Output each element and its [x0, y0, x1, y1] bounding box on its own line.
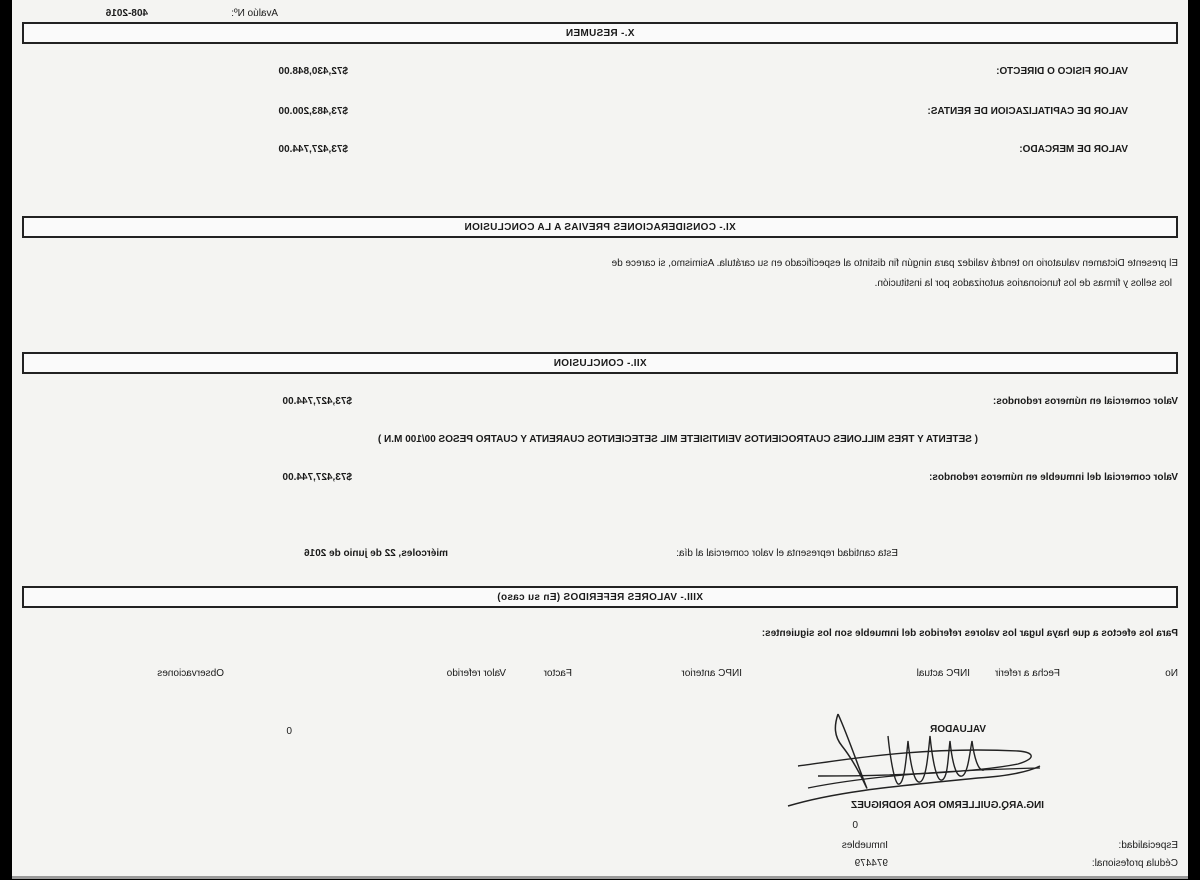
- consideraciones-line-2: los sellos y firmas de los funcionarios …: [612, 274, 1178, 294]
- avaluo-number: 408-2016: [106, 8, 148, 19]
- section-header-valores-referidos: XIII.- VALORES REFERIDOS (En su caso): [22, 586, 1178, 608]
- valor-comercial-value: $73,427,744.00: [282, 396, 352, 407]
- column-observaciones: Observaciones: [157, 668, 224, 679]
- section-title: X.- RESUMEN: [566, 28, 635, 39]
- column-fecha-a-referir: Fecha a referir: [995, 668, 1060, 679]
- column-inpc-actual: INPC actual: [917, 668, 970, 679]
- column-valor-referido: Valor referido: [447, 668, 506, 679]
- section-header-consideraciones: XI.- CONSIDERACIONES PREVIAS A LA CONCLU…: [22, 216, 1178, 238]
- valores-referidos-row-value: 0: [286, 726, 292, 737]
- section-title: XI.- CONSIDERACIONES PREVIAS A LA CONCLU…: [464, 222, 736, 233]
- avaluo-label: Avalúo Nº:: [231, 8, 278, 19]
- valuador-name: ING.ARQ.GUILLERMO ROA RODRIGUEZ: [851, 800, 1044, 811]
- valor-fisico-value: $72,430,848.00: [278, 66, 348, 77]
- valor-inmueble-value: $73,427,744.00: [282, 472, 352, 483]
- valor-capitalizacion-label: VALOR DE CAPITALIZACION DE RENTAS:: [927, 106, 1128, 117]
- valor-capitalizacion-value: $73,483,200.00: [278, 106, 348, 117]
- especialidad-value: Inmuebles: [842, 840, 888, 851]
- section-header-resumen: X.- RESUMEN: [22, 22, 1178, 44]
- section-header-conclusion: XII.- CONCLUSION: [22, 352, 1178, 374]
- section-title: XII.- CONCLUSION: [553, 358, 646, 369]
- valor-inmueble-label: Valor comercial del inmueble en números …: [929, 472, 1178, 483]
- valor-mercado-value: $73,427,744.00: [278, 144, 348, 155]
- consideraciones-text: El presente Dictamen valuatorio no tendr…: [612, 254, 1178, 294]
- consideraciones-line-1: El presente Dictamen valuatorio no tendr…: [612, 254, 1178, 274]
- valores-referidos-intro: Para los efectos a que haya lugar los va…: [762, 628, 1178, 639]
- valor-mercado-label: VALOR DE MERCADO:: [1019, 144, 1128, 155]
- valuador-line-value: 0: [852, 820, 858, 831]
- cedula-value: 974479: [855, 858, 888, 869]
- fecha-value: miércoles, 22 de junio de 2016: [304, 548, 448, 559]
- valor-fisico-label: VALOR FISICO O DIRECTO:: [996, 66, 1128, 77]
- section-title: XIII.- VALORES REFERIDOS (En su caso): [497, 592, 703, 603]
- amount-in-words: ( SETENTA Y TRES MILLONES CUATROCIENTOS …: [378, 434, 978, 445]
- valor-comercial-label: Valor comercial en números redondos:: [993, 396, 1178, 407]
- column-no: No: [1165, 668, 1178, 679]
- fecha-label: Esta cantidad representa el valor comerc…: [676, 548, 898, 559]
- column-inpc-anterior: INPC anterior: [681, 668, 742, 679]
- especialidad-label: Especialidad:: [1119, 840, 1178, 851]
- cedula-label: Cédula profesional:: [1092, 858, 1178, 869]
- column-factor: Factor: [544, 668, 572, 679]
- appraisal-document-page: Avalúo Nº: 408-2016 X.- RESUMEN VALOR FI…: [12, 0, 1188, 879]
